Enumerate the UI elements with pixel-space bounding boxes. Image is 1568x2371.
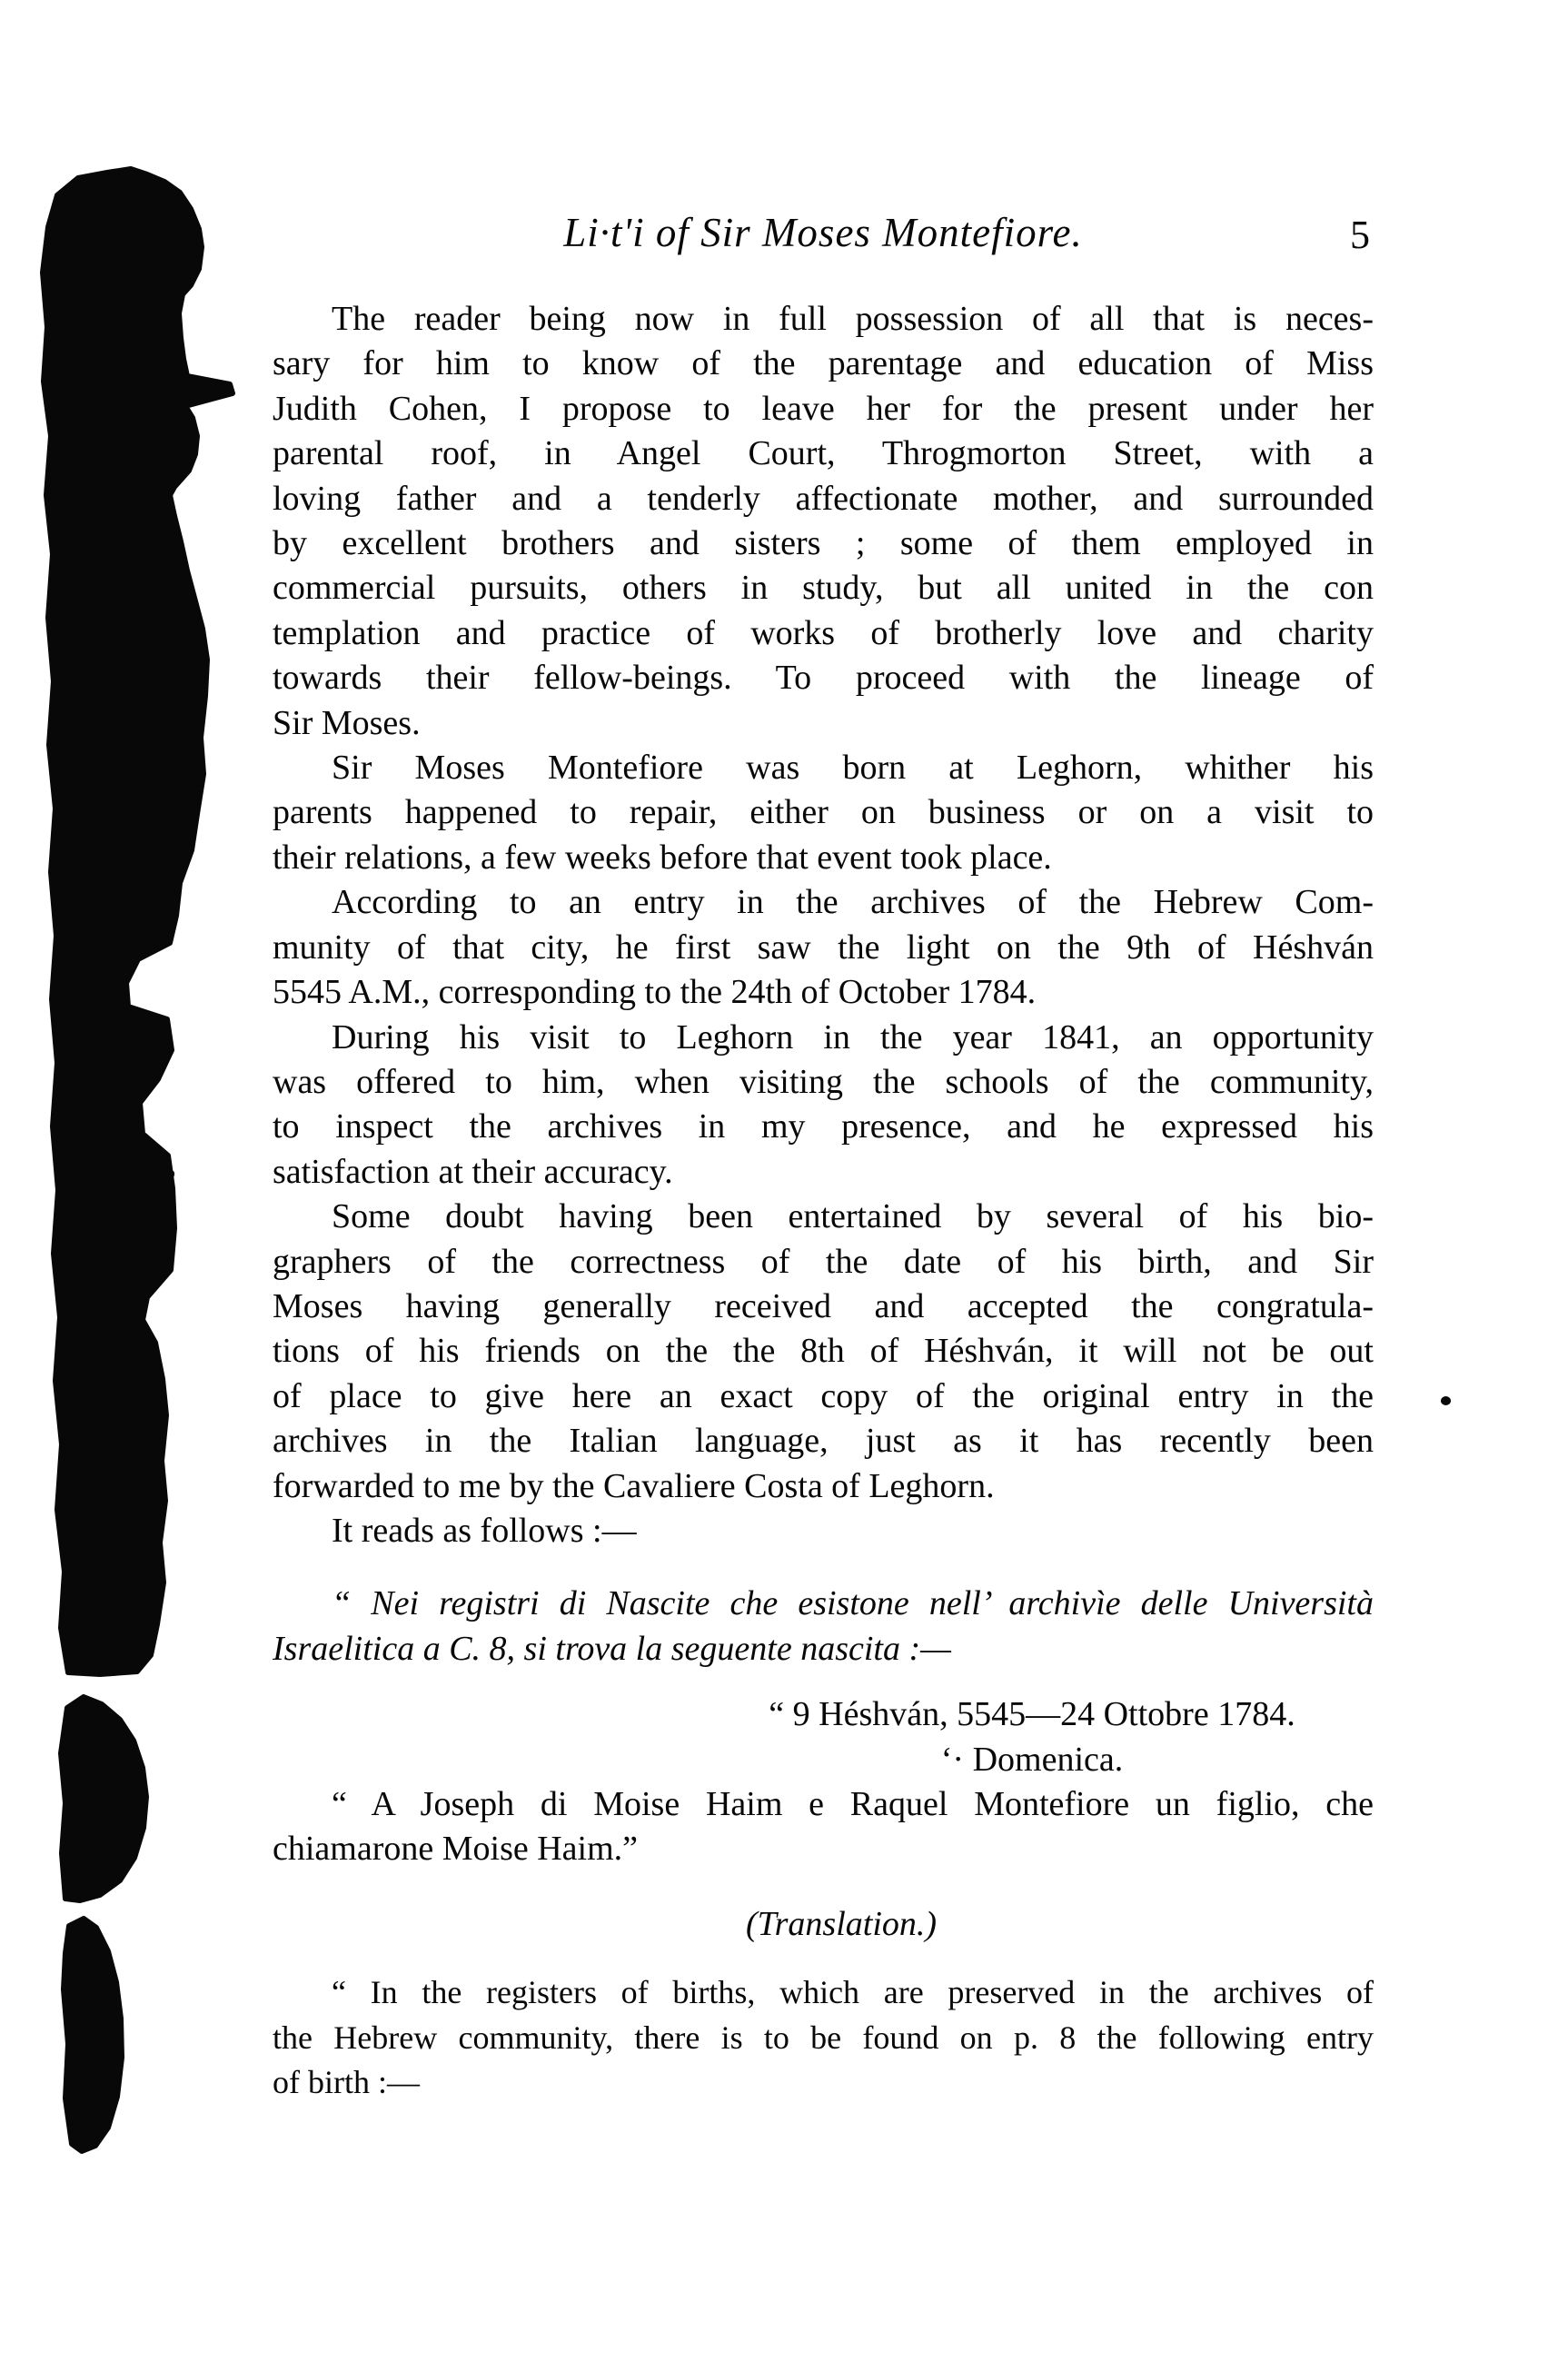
text-line: Israelitica a C. 8, si trova la seguente… [273,1627,1374,1672]
text-line: ‘· Domenica. [273,1738,1374,1782]
text-line: The reader being now in full possession … [273,297,1374,342]
text-line: archives in the Italian language, just a… [273,1419,1374,1463]
text-line: templation and practice of works of brot… [273,611,1374,656]
scanned-page: Li·t'i of Sir Moses Montefiore. 5 The re… [0,0,1568,2371]
text-line: was offered to him, when visiting the sc… [273,1060,1374,1105]
text-line: munity of that city, he first saw the li… [273,926,1374,970]
text-line: Judith Cohen, I propose to leave her for… [273,387,1374,432]
text-line: “ A Joseph di Moise Haim e Raquel Montef… [273,1782,1374,1827]
text-line: of place to give here an exact copy of t… [273,1374,1374,1419]
text-line: (Translation.) [273,1902,1374,1947]
text-line: by excellent brothers and sisters ; some… [273,521,1374,566]
text-line: Moses having generally received and acce… [273,1285,1374,1329]
text-line: 5545 A.M., corresponding to the 24th of … [273,970,1374,1015]
text-line: “ Nei registri di Nascite che esistone n… [273,1582,1374,1626]
text-line: sary for him to know of the parentage an… [273,342,1374,386]
text-line: their relations, a few weeks before that… [273,836,1374,880]
text-line: commercial pursuits, others in study, bu… [273,566,1374,610]
text-line: forwarded to me by the Cavaliere Costa o… [273,1464,1374,1509]
page-number: 5 [1350,213,1370,258]
ink-blot-middle [61,1697,146,1900]
text-line: the Hebrew community, there is to be fou… [273,2016,1374,2060]
stray-ink-dot [1441,1396,1451,1405]
text-line: During his visit to Leghorn in the year … [273,1016,1374,1060]
text-line: Sir Moses Montefiore was born at Leghorn… [273,746,1374,790]
text-line: parents happened to repair, either on bu… [273,790,1374,835]
text-line: graphers of the correctness of the date … [273,1240,1374,1285]
text-line: satisfaction at their accuracy. [273,1150,1374,1195]
text-line: tions of his friends on the the 8th of H… [273,1329,1374,1374]
text-line: According to an entry in the archives of… [273,880,1374,925]
text-line: of birth :— [273,2060,1374,2105]
text-line: loving father and a tenderly affectionat… [273,477,1374,521]
ink-blot-lower [64,1919,122,2151]
text-line: “ In the registers of births, which are … [273,1970,1374,2015]
ink-blot-upper [43,169,233,1674]
page-text: The reader being now in full possession … [273,297,1374,2105]
text-line: chiamarone Moise Haim.” [273,1827,1374,1871]
text-line: towards their fellow-beings. To proceed … [273,656,1374,700]
text-line: parental roof, in Angel Court, Throgmort… [273,432,1374,476]
text-line: It reads as follows :— [273,1509,1374,1553]
text-line: to inspect the archives in my presence, … [273,1105,1374,1149]
running-header: Li·t'i of Sir Moses Montefiore. 5 [273,205,1374,269]
text-line: “ 9 Héshván, 5545—24 Ottobre 1784. [273,1692,1374,1737]
running-header-title: Li·t'i of Sir Moses Montefiore. [273,205,1374,260]
text-line: Sir Moses. [273,701,1374,746]
ink-blot-left-margin [0,0,254,2371]
text-line: Some doubt having been entertained by se… [273,1195,1374,1239]
